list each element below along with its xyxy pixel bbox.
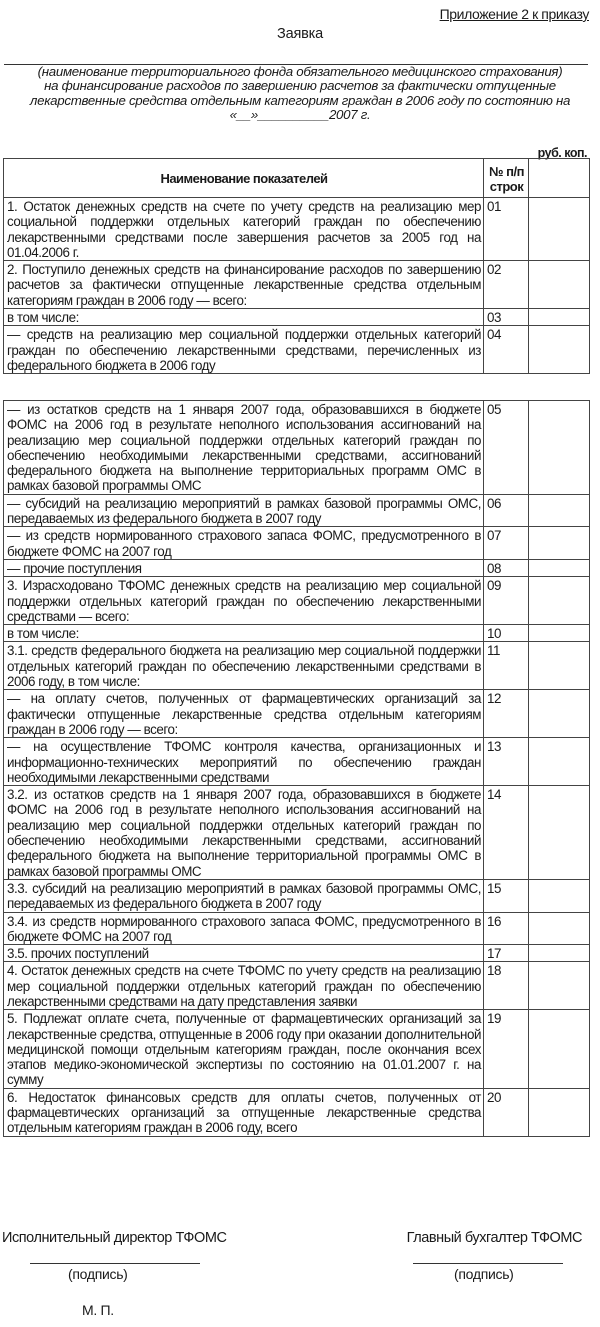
- row-code-cell: 10: [484, 625, 529, 642]
- table-row: 3.4. из средств нормированного страховог…: [4, 912, 590, 945]
- row-code-cell: 13: [484, 738, 529, 786]
- value-cell[interactable]: [529, 559, 590, 576]
- table-row: — из остатков средств на 1 января 2007 г…: [4, 401, 590, 495]
- row-code-cell: 15: [484, 879, 529, 912]
- value-cell[interactable]: [529, 198, 590, 261]
- table-row: 2. Поступило денежных средств на финанси…: [4, 261, 590, 309]
- table-row: — субсидий на реализацию мероприятий в р…: [4, 494, 590, 527]
- value-cell[interactable]: [529, 527, 590, 560]
- table-row: 6. Недостаток финансовых средств для опл…: [4, 1088, 590, 1136]
- indicator-cell: — из остатков средств на 1 января 2007 г…: [4, 401, 484, 495]
- table-row: 3. Израсходовано ТФОМС денежных средств …: [4, 577, 590, 625]
- indicators-table-part-2: — из остатков средств на 1 января 2007 г…: [3, 400, 590, 1137]
- accountant-signature-line[interactable]: [413, 1263, 563, 1264]
- value-cell[interactable]: [529, 494, 590, 527]
- indicator-cell: 1. Остаток денежных средств на счете по …: [4, 198, 484, 261]
- indicator-cell: — средств на реализацию мер социальной п…: [4, 326, 484, 374]
- table-row: — прочие поступления08: [4, 559, 590, 576]
- table-row: — на оплату счетов, полученных от фармац…: [4, 690, 590, 738]
- table-row: 3.2. из остатков средств на 1 января 200…: [4, 786, 590, 880]
- value-cell[interactable]: [529, 945, 590, 962]
- accountant-signature-caption: (подпись): [454, 1266, 514, 1282]
- value-cell[interactable]: [529, 401, 590, 495]
- indicator-cell: — субсидий на реализацию мероприятий в р…: [4, 494, 484, 527]
- table-row: 4. Остаток денежных средств на счете ТФО…: [4, 962, 590, 1010]
- indicator-cell: 3. Израсходовано ТФОМС денежных средств …: [4, 577, 484, 625]
- indicator-cell: 3.1. средств федерального бюджета на реа…: [4, 642, 484, 690]
- row-code-cell: 18: [484, 962, 529, 1010]
- column-header-indicator: Наименование показателей: [4, 159, 484, 198]
- value-cell[interactable]: [529, 309, 590, 326]
- row-code-cell: 14: [484, 786, 529, 880]
- value-cell[interactable]: [529, 642, 590, 690]
- row-code-cell: 19: [484, 1010, 529, 1088]
- indicator-cell: 3.4. из средств нормированного страховог…: [4, 912, 484, 945]
- indicators-table-part-1: Наименование показателей № п/п строк 1. …: [3, 158, 590, 374]
- indicator-cell: — на осуществление ТФОМС контроля качест…: [4, 738, 484, 786]
- accountant-signature-label: Главный бухгалтер ТФОМС: [407, 1230, 582, 1246]
- indicator-cell: 3.5. прочих поступлений: [4, 945, 484, 962]
- director-signature-label: Исполнительный директор ТФОМС: [2, 1230, 226, 1246]
- fund-name-caption: (наименование территориального фонда обя…: [0, 65, 600, 79]
- value-cell[interactable]: [529, 577, 590, 625]
- table-row: 1. Остаток денежных средств на счете по …: [4, 198, 590, 261]
- row-number-header-line-2: строк: [487, 179, 526, 194]
- row-code-cell: 17: [484, 945, 529, 962]
- subtitle-line-1: на финансирование расходов по завершению…: [0, 79, 600, 93]
- row-code-cell: 05: [484, 401, 529, 495]
- value-cell[interactable]: [529, 625, 590, 642]
- value-cell[interactable]: [529, 1010, 590, 1088]
- indicator-cell: — на оплату счетов, полученных от фармац…: [4, 690, 484, 738]
- table-row: — средств на реализацию мер социальной п…: [4, 326, 590, 374]
- table-header-row: Наименование показателей № п/п строк: [4, 159, 590, 198]
- director-signature-caption: (подпись): [68, 1266, 128, 1282]
- table-body-part-2: — из остатков средств на 1 января 2007 г…: [4, 401, 590, 1137]
- row-code-cell: 08: [484, 559, 529, 576]
- indicator-cell: в том числе:: [4, 309, 484, 326]
- table-row: 3.5. прочих поступлений17: [4, 945, 590, 962]
- row-code-cell: 06: [484, 494, 529, 527]
- indicator-cell: в том числе:: [4, 625, 484, 642]
- table-row: 3.3. субсидий на реализацию мероприятий …: [4, 879, 590, 912]
- document-title: Заявка: [0, 26, 600, 42]
- table-row: 3.1. средств федерального бюджета на реа…: [4, 642, 590, 690]
- row-code-cell: 03: [484, 309, 529, 326]
- director-signature-line[interactable]: [30, 1263, 200, 1264]
- row-code-cell: 02: [484, 261, 529, 309]
- value-cell[interactable]: [529, 879, 590, 912]
- table-row: в том числе:10: [4, 625, 590, 642]
- value-cell[interactable]: [529, 1088, 590, 1136]
- indicator-cell: — прочие поступления: [4, 559, 484, 576]
- table-row: 5. Подлежат оплате счета, полученные от …: [4, 1010, 590, 1088]
- value-cell[interactable]: [529, 690, 590, 738]
- value-cell[interactable]: [529, 738, 590, 786]
- row-code-cell: 04: [484, 326, 529, 374]
- table-body-part-1: 1. Остаток денежных средств на счете по …: [4, 198, 590, 374]
- date-line: «__»__________2007 г.: [0, 108, 600, 122]
- value-cell[interactable]: [529, 261, 590, 309]
- value-cell[interactable]: [529, 912, 590, 945]
- document-subtitle: (наименование территориального фонда обя…: [0, 65, 600, 122]
- row-code-cell: 20: [484, 1088, 529, 1136]
- row-code-cell: 12: [484, 690, 529, 738]
- value-cell[interactable]: [529, 962, 590, 1010]
- column-header-value: [529, 159, 590, 198]
- value-cell[interactable]: [529, 786, 590, 880]
- row-code-cell: 11: [484, 642, 529, 690]
- table-row: — из средств нормированного страхового з…: [4, 527, 590, 560]
- indicator-cell: 6. Недостаток финансовых средств для опл…: [4, 1088, 484, 1136]
- stamp-place-label: М. П.: [82, 1302, 114, 1318]
- row-number-header-line-1: № п/п: [487, 164, 526, 179]
- table-row: в том числе:03: [4, 309, 590, 326]
- subtitle-line-2: лекарственные средства отдельным категор…: [0, 94, 600, 108]
- indicator-cell: 3.3. субсидий на реализацию мероприятий …: [4, 879, 484, 912]
- row-code-cell: 07: [484, 527, 529, 560]
- row-code-cell: 01: [484, 198, 529, 261]
- row-code-cell: 09: [484, 577, 529, 625]
- indicator-cell: — из средств нормированного страхового з…: [4, 527, 484, 560]
- column-header-row-number: № п/п строк: [484, 159, 529, 198]
- indicator-cell: 4. Остаток денежных средств на счете ТФО…: [4, 962, 484, 1010]
- indicator-cell: 3.2. из остатков средств на 1 января 200…: [4, 786, 484, 880]
- value-cell[interactable]: [529, 326, 590, 374]
- indicator-cell: 2. Поступило денежных средств на финанси…: [4, 261, 484, 309]
- indicator-cell: 5. Подлежат оплате счета, полученные от …: [4, 1010, 484, 1088]
- annex-label: Приложение 2 к приказу: [440, 6, 589, 22]
- table-row: — на осуществление ТФОМС контроля качест…: [4, 738, 590, 786]
- row-code-cell: 16: [484, 912, 529, 945]
